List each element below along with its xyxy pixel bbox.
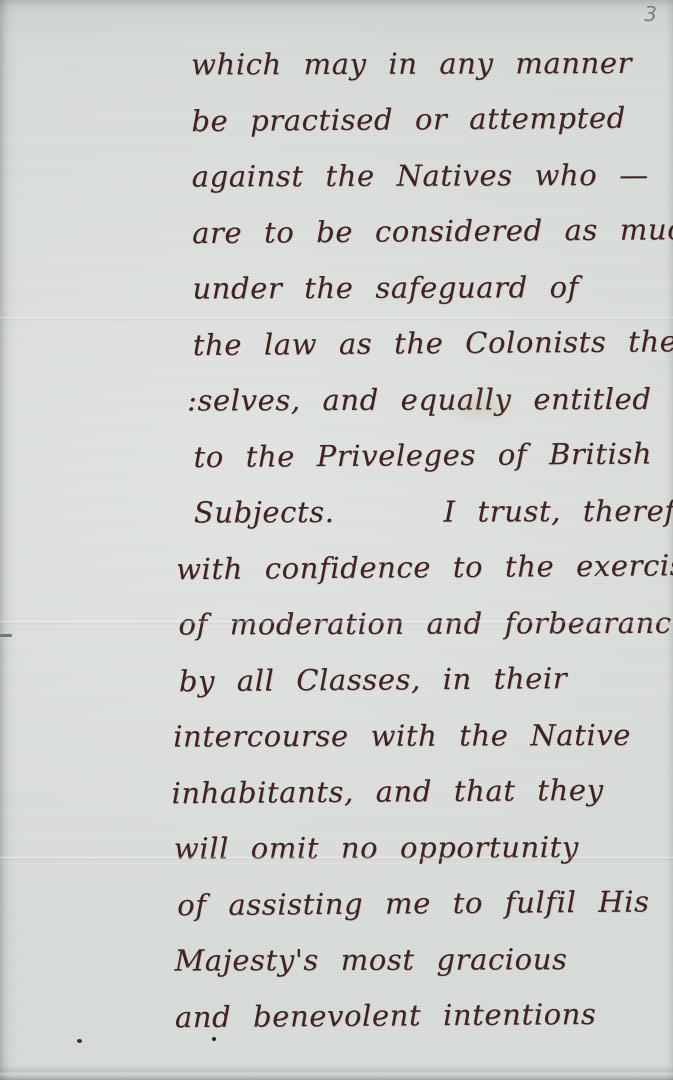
manuscript-line-17: Majesty's most gracious — [2, 931, 669, 989]
manuscript-line-10: with confidence to the exercise — [0, 537, 667, 598]
manuscript-text: which may in any manner be practised or … — [0, 34, 670, 1046]
manuscript-line-15: will omit no opportunity — [2, 819, 669, 877]
manuscript-line-6: the law as the Colonists them: — [0, 313, 666, 374]
manuscript-line-8: to the Priveleges of British — [0, 425, 667, 486]
manuscript-line-16: of assisting me to fulfil His — [2, 873, 669, 934]
manuscript-line-2: be practised or attempted — [0, 89, 665, 150]
manuscript-page: 3 which may in any manner be practised o… — [0, 0, 673, 1080]
manuscript-line-5: under the safeguard of — [0, 259, 666, 317]
manuscript-line-3: against the Natives who — — [0, 147, 665, 205]
paper-bottom-edge — [0, 1066, 673, 1080]
manuscript-line-18: and benevolent intentions — [3, 985, 670, 1046]
manuscript-line-13: intercourse with the Native — [1, 707, 668, 765]
manuscript-line-12: by all Classes, in their — [1, 649, 668, 710]
manuscript-line-11: of moderation and forbearance — [0, 595, 667, 653]
manuscript-line-9: Subjects. I trust, therefore, — [0, 483, 667, 541]
manuscript-line-14: inhabitants, and that they — [1, 761, 668, 822]
manuscript-line-1: which may in any manner — [0, 35, 664, 93]
manuscript-line-4: are to be considered as much — [0, 201, 665, 262]
page-number: 3 — [644, 2, 657, 26]
manuscript-line-7: :selves, and equally entitled — [0, 371, 666, 429]
